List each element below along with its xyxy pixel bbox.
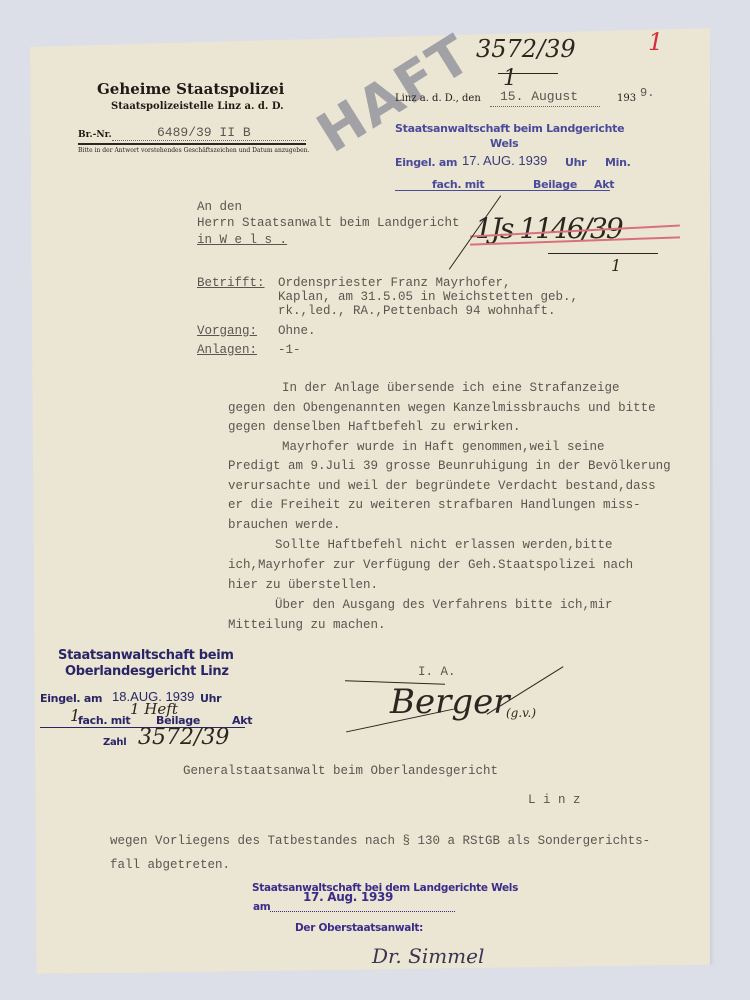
body-line: ich,Mayrhofer zur Verfügung der Geh.Staa… [228,558,633,572]
ref-dotted-line [112,140,306,141]
linz-stamp-line2: Oberlandesgericht Linz [65,664,229,679]
betrifft-line3: rk.,led., RA.,Pettenbach 94 wohnhaft. [278,304,556,318]
ref-note: Bitte in der Antwort vorstehendes Geschä… [78,147,309,154]
date-place: Linz a. d. D., den [395,93,481,104]
anlagen-label: Anlagen: [197,343,257,357]
addressee-line1: An den [197,200,242,214]
body-line: verursachte und weil der begründete Verd… [228,479,656,493]
vorgang-value: Ohne. [278,324,316,338]
bottom-stamp-date: 17. Aug. 1939 [303,890,393,904]
body-line: Predigt am 9.Juli 39 grosse Beunruhigung… [228,459,671,473]
wels-stamp-line1: Staatsanwaltschaft beim Landgerichte [395,122,624,135]
body-line: hier zu überstellen. [228,578,378,592]
body-line: Mayrhofer wurde in Haft genommen,weil se… [282,440,605,454]
linz-time-label: Uhr [200,692,221,705]
body-line: er die Freiheit zu weiteren strafbaren H… [228,498,641,512]
ref-label: Br.-Nr. [78,130,112,140]
bottom-stamp-signature: Dr. Simmel [372,944,484,968]
betrifft-line2: Kaplan, am 31.5.05 in Weichstetten geb., [278,290,578,304]
linz-zahl-handwritten: 3572/39 [138,725,229,750]
linz-zahl-label: Zahl [103,737,126,748]
body-line: Sollte Haftbefehl nicht erlassen werden,… [275,538,613,552]
letterhead-rule [78,143,306,145]
body-line: Mitteilung zu machen. [228,618,386,632]
body-line: In der Anlage übersende ich eine Strafan… [282,381,620,395]
bottom-stamp-am-label: am [253,901,270,913]
office-name: Staatspolizeistelle Linz a. d. D. [111,101,284,112]
date-dotted-line [490,106,600,107]
handwritten-file-sub: 1 [503,66,517,91]
wels-received-label: Eingel. am [395,156,457,169]
bottom-stamp-title: Der Oberstaatsanwalt: [295,922,423,934]
bottom-stamp-dotted-line [270,911,455,912]
linz-akt-label: Akt [232,714,252,727]
wels-time-label: Uhr [565,156,586,169]
body-line: gegen den Obengenannten wegen Kanzelmiss… [228,401,656,415]
signature-suffix: (g.v.) [506,706,536,720]
forward-note-line2: fall abgetreten. [110,858,230,872]
body-line: Über den Ausgang des Verfahrens bitte ic… [275,598,613,612]
wels-received-date: 17. AUG. 1939 [462,153,547,168]
red-page-mark: 1 [648,28,663,56]
linz-stamp-line1: Staatsanwaltschaft beim [58,648,234,663]
vorgang-label: Vorgang: [197,324,257,338]
forward-to-line2: L i n z [528,793,581,807]
wels-stamp-line2: Wels [490,137,518,150]
body-line: brauchen werde. [228,518,341,532]
wels-stamp-rule [395,190,610,191]
year-prefix: 193 [617,93,636,104]
signature-name: Berger [390,682,510,722]
signature-ia: I. A. [418,665,456,679]
linz-received-label: Eingel. am [40,692,102,705]
letter-date: 15. August [500,89,578,104]
addressee-line2: Herrn Staatsanwalt beim Landgericht [197,216,460,230]
betrifft-line1: Ordenspriester Franz Mayrhofer, [278,276,511,290]
forward-note-line1: wegen Vorliegens des Tatbestandes nach §… [110,834,650,848]
handwritten-file-number: 3572/39 [476,35,576,63]
addressee-line3: in W e l s . [197,233,287,247]
year-suffix: 9. [640,86,654,100]
linz-fach-label: fach. mit [78,714,130,727]
body-line: gegen denselben Haftbefehl zu erwirken. [228,420,521,434]
forward-to-line1: Generalstaatsanwalt beim Oberlandesgeric… [183,764,498,778]
wels-min-label: Min. [605,156,631,169]
anlagen-value: -1- [278,343,301,357]
crossed-note-underline [548,253,658,254]
agency-name: Geheime Staatspolizei [97,80,284,98]
handwritten-tick: 1 [611,256,621,275]
betrifft-label: Betrifft: [197,276,265,290]
ref-number: 6489/39 II B [157,125,251,140]
